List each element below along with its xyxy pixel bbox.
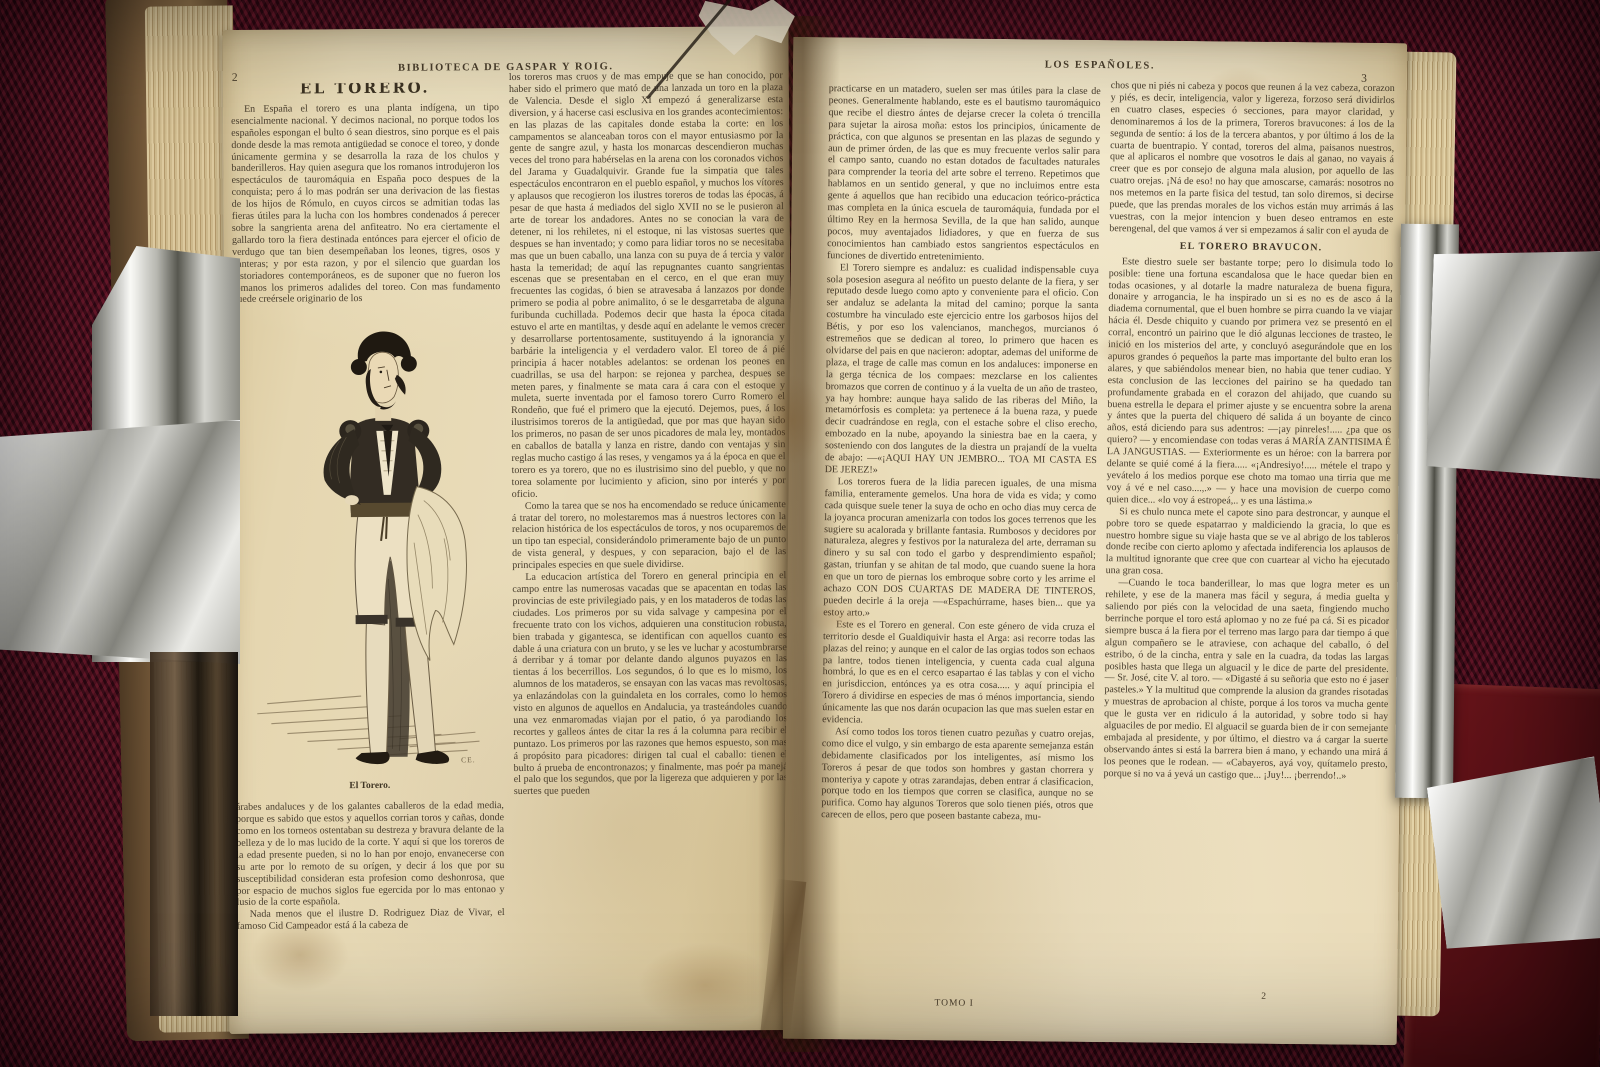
engraver-mark: CE.: [461, 755, 476, 767]
paragraph: La educacion artística del Torero en gen…: [512, 570, 788, 798]
torero-illustration-svg: [246, 308, 489, 778]
book-photograph: BIBLIOTECA DE GASPAR Y ROIG. 2 EL TORERO…: [0, 0, 1600, 1067]
section-header: EL TORERO BRAVUCON.: [1109, 240, 1393, 255]
paragraph: Como la tarea que se nos ha encomendado …: [512, 499, 786, 572]
paragraph: El Torero siempre es andaluz: es cualida…: [825, 262, 1099, 479]
paragraph: Nada menos que el ilustre D. Rodriguez D…: [237, 907, 505, 933]
left-page-column-2: los toreros mas cruos y de mas empuje qu…: [509, 70, 790, 1030]
right-page-column-2: chos que ni piés ni cabeza y pocos que r…: [1101, 80, 1395, 1045]
right-slipper: [356, 752, 390, 764]
right-press-clip-upper-arm: [1426, 245, 1600, 479]
paragraph: Este diestro suele ser bastante torpe; p…: [1106, 256, 1393, 509]
waist-sash: [351, 503, 419, 517]
column-text: los toreros mas cruos y de mas empuje qu…: [509, 70, 788, 798]
right-hand: [345, 495, 359, 505]
paragraph: —Cuando le toca banderillear, lo mas que…: [1104, 577, 1390, 782]
left-page: BIBLIOTECA DE GASPAR Y ROIG. 2 EL TORERO…: [223, 26, 796, 1034]
left-page-column-1: EL TORERO. En España el torero es una pl…: [231, 82, 506, 1030]
right-stocking: [366, 617, 391, 754]
paragraph: practicarse en un matadero, suelen ser m…: [827, 83, 1101, 264]
right-press-clip-lower-arm: [1426, 756, 1600, 957]
paragraph: Los toreros fuera de la lidia parecen ig…: [823, 476, 1096, 622]
paragraph: árabes andaluces y de los galantes cabal…: [236, 800, 505, 909]
torero-engraving: CE.: [246, 308, 489, 778]
paragraph: los toreros mas cruos y de mas empuje qu…: [509, 70, 786, 501]
illustration-caption: El Torero.: [236, 780, 504, 794]
eye: [380, 371, 383, 374]
column-text: Este diestro suele ser bastante torpe; p…: [1104, 256, 1393, 783]
left-press-clip-shadowed-blade: [150, 652, 238, 1016]
paragraph: Si es chulo nunca mete el capote sino pa…: [1106, 506, 1391, 580]
article-title: EL TORERO.: [231, 82, 499, 96]
paragraph: chos que ni piés ni cabeza y pocos que r…: [1109, 80, 1395, 238]
column-text: chos que ni piés ni cabeza y pocos que r…: [1109, 80, 1395, 238]
left-press-clip-arm: [0, 420, 240, 664]
signature-mark: 2: [1261, 992, 1267, 1002]
column-text: árabes andaluces y de los galantes cabal…: [236, 800, 505, 933]
paragraph: Así como todos los toros tienen cuatro p…: [821, 726, 1094, 824]
column-text: En España el torero es una planta indíge…: [231, 102, 500, 306]
column-text: practicarse en un matadero, suelen ser m…: [821, 83, 1101, 824]
right-knee-band: [356, 615, 388, 624]
right-page: LOS ESPAÑOLES. 3 practicarse en un matad…: [783, 37, 1407, 1045]
paragraph: Este es el Torero en general. Con este g…: [822, 619, 1095, 729]
right-page-column-1: practicarse en un matadero, suelen ser m…: [819, 83, 1101, 1038]
tomo-footer: TOMO I: [879, 998, 1029, 1010]
page-number-left: 2: [232, 72, 238, 84]
paragraph: En España el torero es una planta indíge…: [231, 102, 500, 306]
running-header-right: LOS ESPAÑOLES.: [803, 57, 1397, 74]
